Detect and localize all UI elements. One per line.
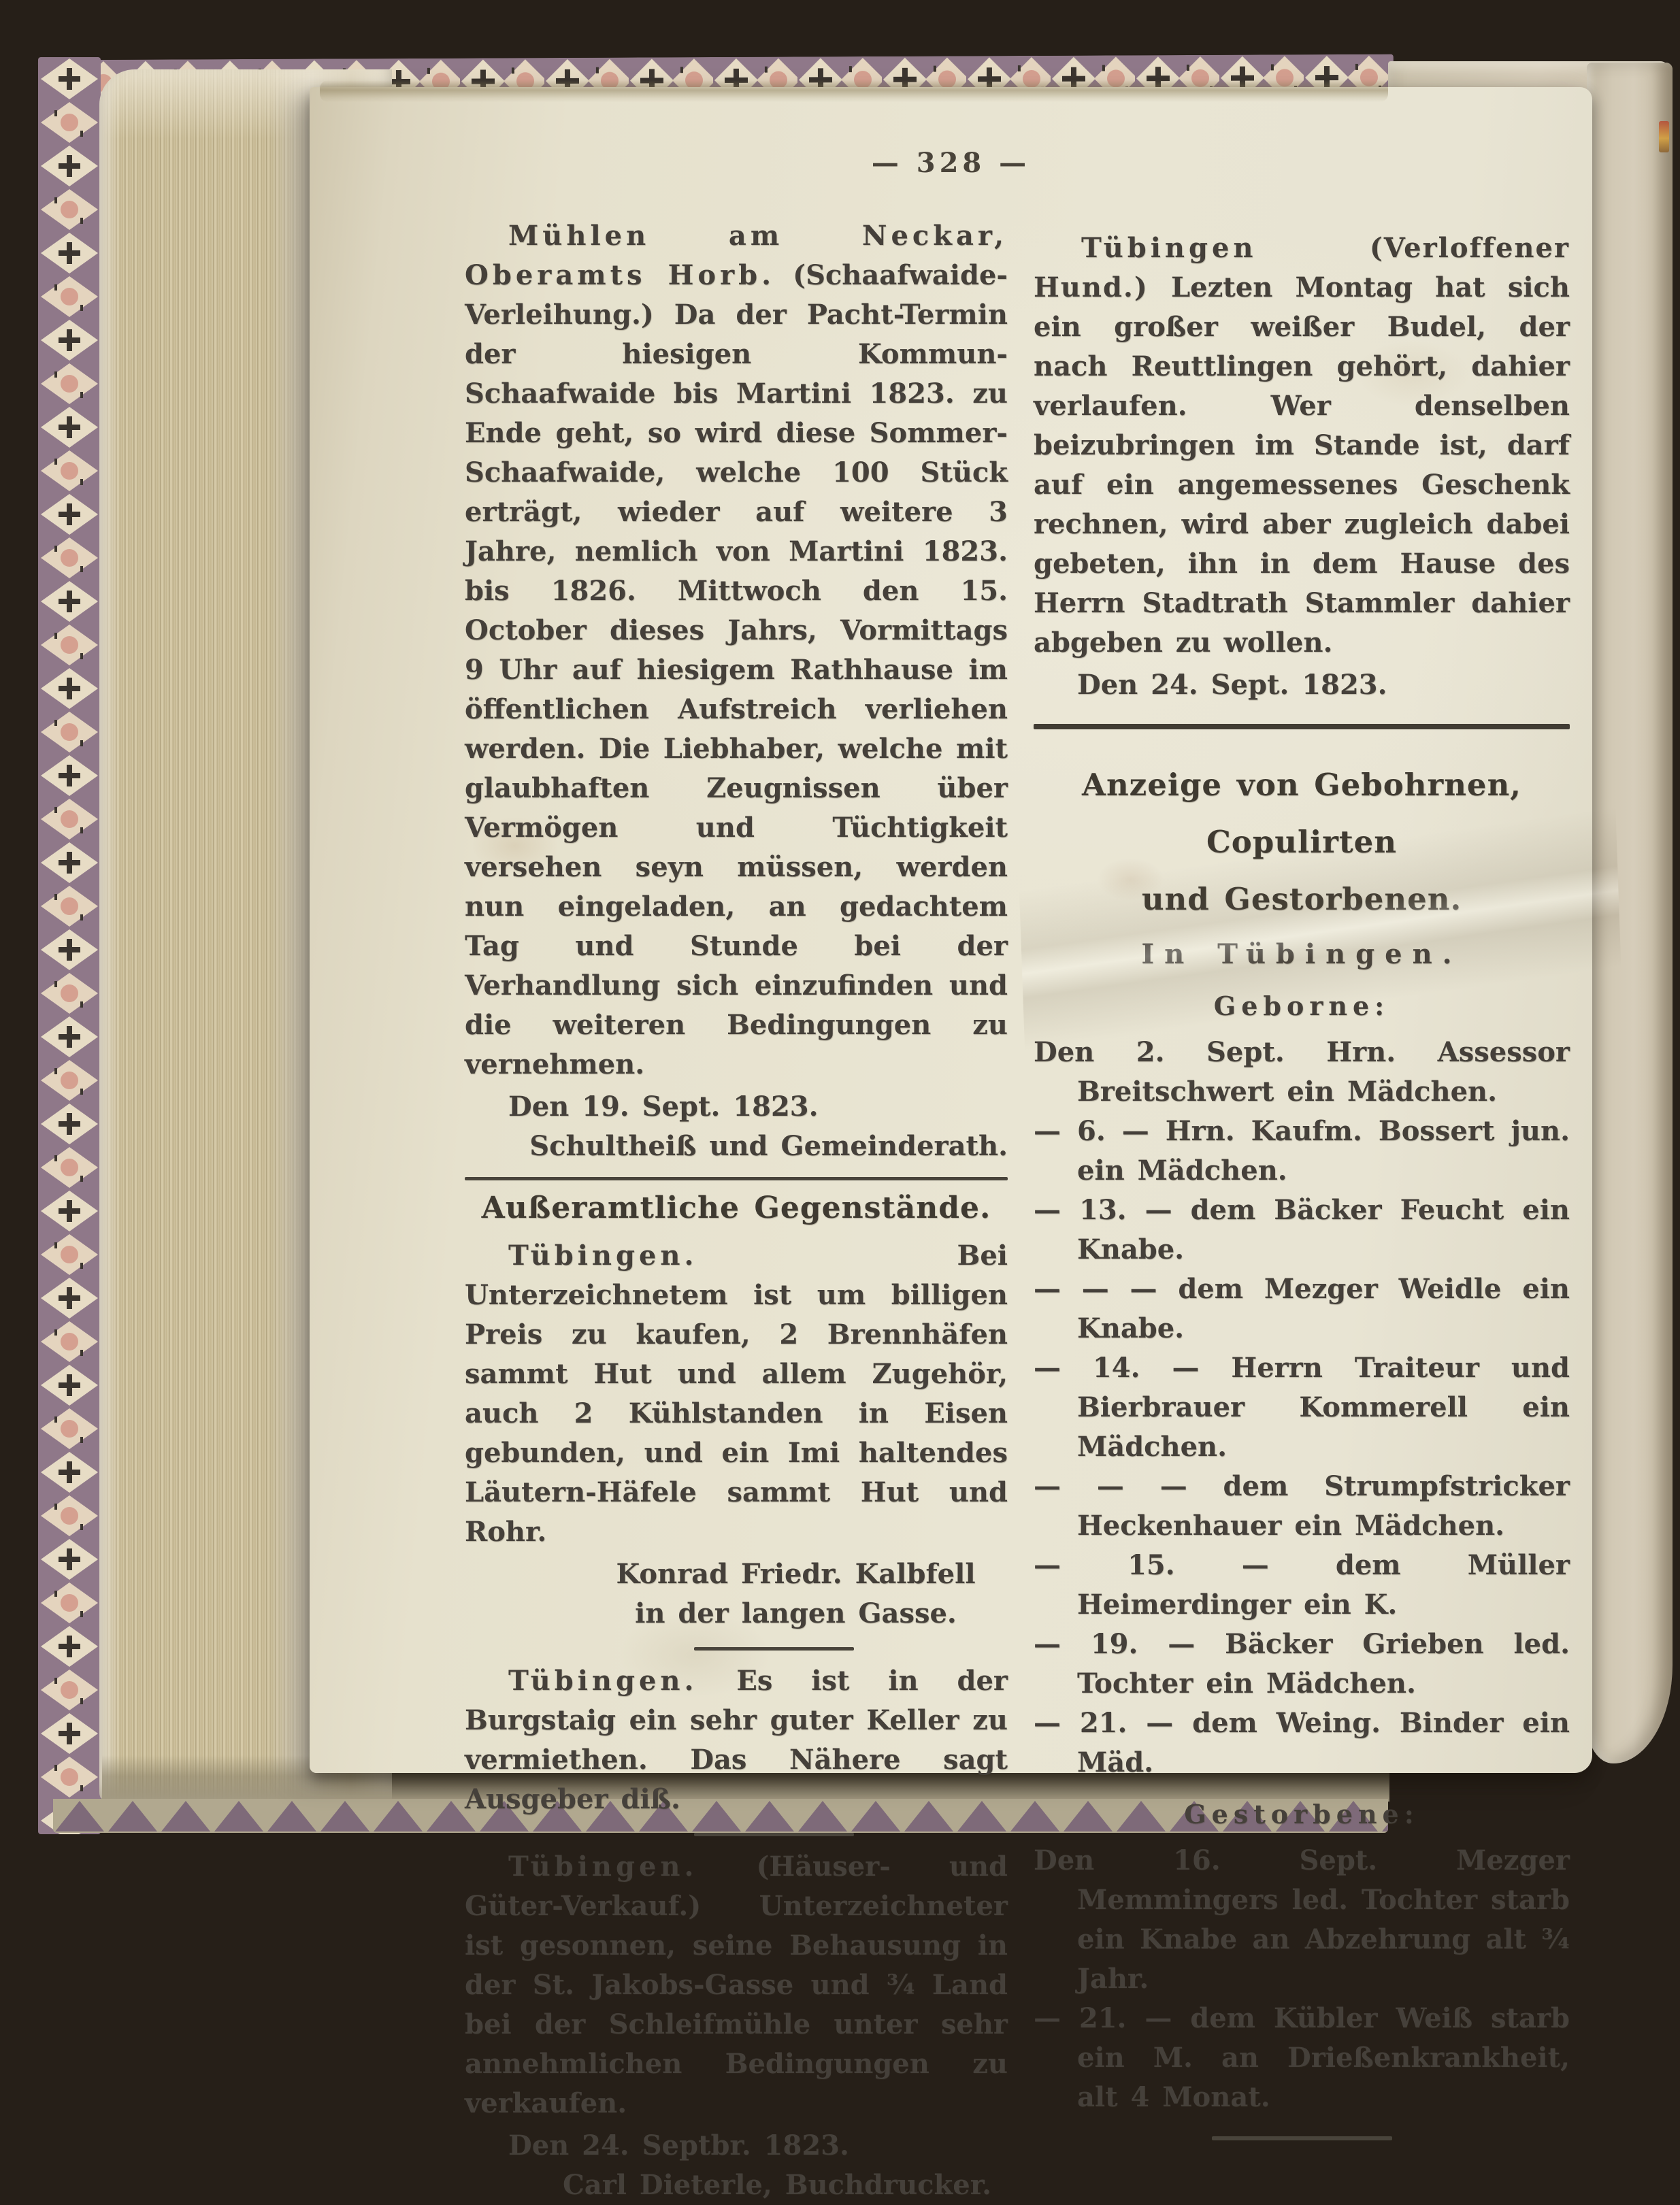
book-cover-left-edge <box>38 57 101 1834</box>
death-entry: Den 16. Sept. Mezger Memmingers led. Toc… <box>1034 1841 1570 1889</box>
book-photo-scene: — 328 — Mühlen am Neckar, Oberamts Horb.… <box>0 0 1680 1889</box>
divider-short <box>694 1647 854 1651</box>
birth-entry: — 21. — dem Weing. Binder ein Mäd. <box>1034 1704 1570 1783</box>
register-place: In Tübingen. <box>1034 935 1570 974</box>
article-hund-date: Den 24. Sept. 1823. <box>1034 665 1570 705</box>
births-heading: Geborne: <box>1034 987 1570 1026</box>
article-schaafwaide-signature: Schultheiß und Gemeinderath. <box>465 1127 1008 1166</box>
book-page: — 328 — Mühlen am Neckar, Oberamts Horb.… <box>310 87 1592 1773</box>
divider-short <box>694 1833 854 1836</box>
article-verkauf-haefen-signature-street: in der langen Gasse. <box>465 1594 1008 1634</box>
article-hund-place: Tübingen <box>1081 232 1257 264</box>
next-page-curl-side <box>1587 63 1673 1763</box>
birth-entry: — — — dem Strumpfstricker Heckenhauer ei… <box>1034 1467 1570 1546</box>
article-verkauf-haefen-signature-name: Konrad Friedr. Kalbfell <box>465 1555 1008 1594</box>
article-verkauf-haefen: Tübingen. Bei Unterzeichnetem ist um bil… <box>465 1236 1008 1552</box>
divider-full <box>465 1177 1008 1180</box>
deaths-heading: Gestorbene: <box>1034 1795 1570 1834</box>
birth-entry: — 13. — dem Bäcker Feucht ein Knabe. <box>1034 1191 1570 1270</box>
birth-entry: — 19. — Bäcker Grieben led. Tochter ein … <box>1034 1625 1570 1704</box>
article-hund-body: Lezten Montag hat sich ein großer weißer… <box>1034 271 1570 659</box>
article-verkauf-haefen-body: Bei Unterzeichnetem ist um billigen Prei… <box>465 1240 1008 1548</box>
right-column: Tübingen (Verloffener Hund.) Lezten Mont… <box>1034 216 1570 1889</box>
birth-entry: — 6. — Hrn. Kaufm. Bossert jun. ein Mädc… <box>1034 1112 1570 1191</box>
divider-thick <box>1034 724 1570 729</box>
page-number: — 328 — <box>310 147 1592 179</box>
section-heading-ausseramtliche: Außeramtliche Gegenstände. <box>465 1189 1008 1228</box>
register-heading-line2: und Gestorbenen. <box>1142 881 1462 917</box>
article-hund: Tübingen (Verloffener Hund.) Lezten Mont… <box>1034 229 1570 663</box>
article-hausverkauf: Tübingen. (Häuser- und Güter-Verkauf.) U… <box>465 1847 1008 1889</box>
left-column: Mühlen am Neckar, Oberamts Horb. (Schaaf… <box>465 216 1008 1889</box>
diamond-pattern-left <box>38 57 101 1834</box>
register-heading: Anzeige von Gebohrnen, Copulirtenund Ges… <box>1034 757 1570 928</box>
register-heading-line1: Anzeige von Gebohrnen, Copulirten <box>1082 767 1521 860</box>
article-verkauf-haefen-place: Tübingen. <box>508 1240 697 1272</box>
birth-entry: Den 2. Sept. Hrn. Assessor Breitschwert … <box>1034 1033 1570 1112</box>
birth-entry: — 15. — dem Müller Heimerdinger ein K. <box>1034 1546 1570 1625</box>
article-keller-place: Tübingen. <box>508 1665 697 1697</box>
birth-entry: — 14. — Herrn Traiteur und Bierbrauer Ko… <box>1034 1348 1570 1467</box>
article-schaafwaide-date: Den 19. Sept. 1823. <box>465 1087 1008 1127</box>
article-schaafwaide-body: (Schaafwaide-Verleihung.) Da der Pacht-T… <box>465 259 1008 1080</box>
marbled-edge-sliver <box>1659 121 1669 152</box>
birth-entry: — — — dem Mezger Weidle ein Knabe. <box>1034 1270 1570 1348</box>
article-keller: Tübingen. Es ist in der Burgstaig ein se… <box>465 1661 1008 1819</box>
article-hausverkauf-place: Tübingen. <box>508 1851 697 1883</box>
article-schaafwaide: Mühlen am Neckar, Oberamts Horb. (Schaaf… <box>465 216 1008 1084</box>
